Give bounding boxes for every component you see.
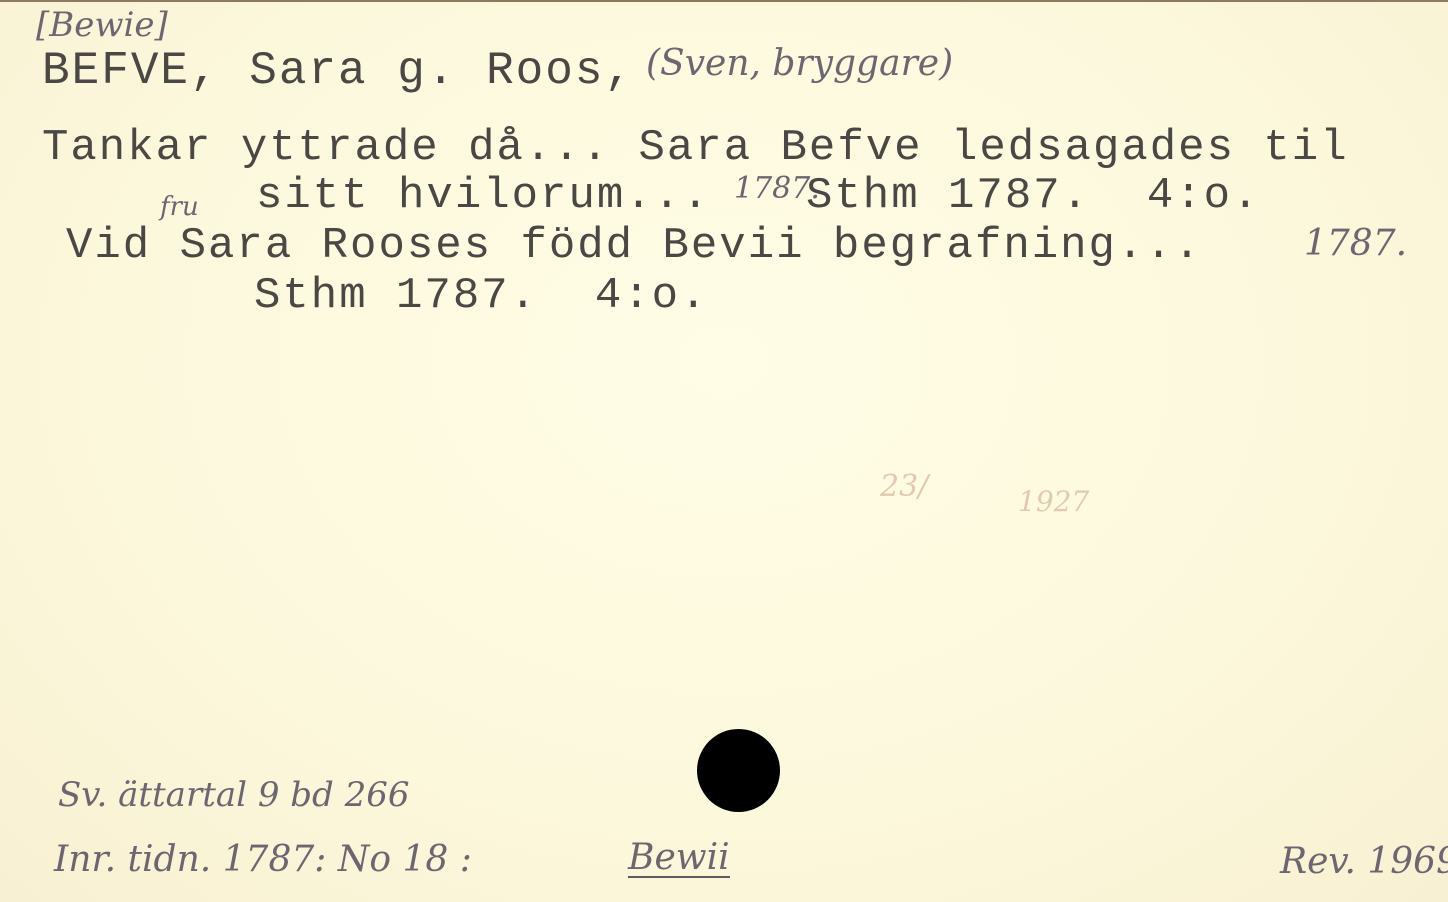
footer-note-1: Sv. ättartal 9 bd 266 xyxy=(58,778,410,812)
punch-hole xyxy=(697,729,780,812)
catalog-card: [Bewie] BEFVE, Sara g. Roos, (Sven, bryg… xyxy=(0,0,1448,902)
footer-note-2-name: Bewii xyxy=(628,840,730,878)
margin-note-fru: fru xyxy=(160,194,199,220)
entry-1-imprint: Sthm 1787. 4:o. xyxy=(806,174,1260,218)
name-annotation: (Sven, bryggare) xyxy=(646,46,953,82)
entry-2-line-1: Vid Sara Rooses född Bevii begrafning... xyxy=(66,224,1202,268)
entry-2-line-2: Sthm 1787. 4:o. xyxy=(254,274,708,318)
footer-note-2: Inr. tidn. 1787: No 18 : xyxy=(54,842,472,878)
revision-note: Rev. 1969 xyxy=(1280,844,1448,880)
entry-2-year-annotation: 1787. xyxy=(1304,226,1407,262)
faint-note-2: 1927 xyxy=(1018,488,1089,516)
faint-note-1: 23/ xyxy=(880,472,928,502)
entry-1-line-2: sitt hvilorum... xyxy=(256,174,710,218)
alt-name-annotation: [Bewie] xyxy=(36,8,168,42)
entry-1-line-1: Tankar yttrade då... Sara Befve ledsagad… xyxy=(42,126,1349,170)
card-heading-name: BEFVE, Sara g. Roos, xyxy=(42,48,634,94)
